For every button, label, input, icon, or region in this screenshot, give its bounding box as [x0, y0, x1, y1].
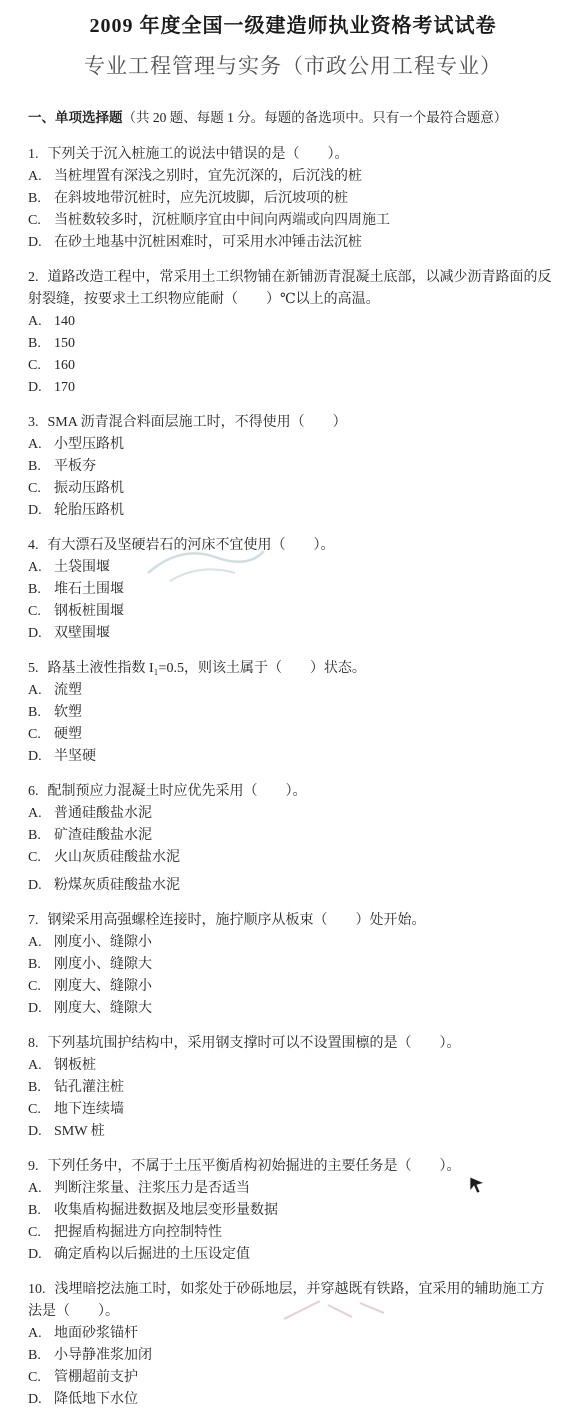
option-text: 平板夯: [54, 459, 96, 474]
option-text: 半坚硬: [54, 749, 96, 764]
option-row: B.软塑: [28, 702, 558, 724]
option-row: A.140: [28, 311, 558, 333]
option-row: D.刚度大、缝隙大: [28, 998, 558, 1020]
option-label: C.: [28, 478, 45, 500]
option-label: A.: [28, 1323, 45, 1345]
option-row: C.火山灰质硅酸盐水泥: [28, 847, 558, 869]
option-label: C.: [28, 1222, 45, 1244]
question-block-2: 2.道路改造工程中，常采用土工织物铺在新铺沥青混凝土底部，以减少沥青路面的反射裂…: [28, 267, 558, 399]
question-block-9: 9.下列任务中，不属于土压平衡盾构初始掘进的主要任务是（ ）。 A.判断注浆量、…: [28, 1156, 558, 1266]
option-row: C.硬塑: [28, 724, 558, 746]
option-label: B.: [28, 1345, 45, 1367]
option-label: B.: [28, 1200, 45, 1222]
option-row: B.在斜坡地带沉桩时，应先沉坡脚，后沉坡项的桩: [28, 188, 558, 210]
option-text: 当桩数较多时，沉桩顺序宜由中间向两端或向四周施工: [54, 213, 390, 228]
question-number: 7.: [28, 913, 39, 928]
question-number: 10.: [28, 1282, 46, 1297]
option-label: B.: [28, 333, 45, 355]
section-heading-rest: （共 20 题、每题 1 分。每题的备选项中。只有一个最符合题意）: [123, 110, 508, 125]
option-row: D.确定盾构以后掘进的土压设定值: [28, 1244, 558, 1266]
page-subtitle: 专业工程管理与实务（市政公用工程专业）: [28, 52, 558, 80]
option-text: 170: [54, 380, 75, 395]
question-text: 8.下列基坑围护结构中，采用钢支撑时可以不设置围檩的是（ ）。: [28, 1033, 558, 1055]
option-row: B.钻孔灌注桩: [28, 1077, 558, 1099]
option-text: 地面砂浆锚杆: [54, 1326, 138, 1341]
option-label: D.: [28, 377, 45, 399]
option-text: 把握盾构掘进方向控制特性: [54, 1225, 222, 1240]
question-number: 8.: [28, 1036, 39, 1051]
page-title: 2009 年度全国一级建造师执业资格考试试卷: [28, 12, 558, 40]
option-row: C.当桩数较多时，沉桩顺序宜由中间向两端或向四周施工: [28, 210, 558, 232]
option-text: 150: [54, 336, 75, 351]
option-row: A.判断注浆量、注浆压力是否适当: [28, 1178, 558, 1200]
option-label: D.: [28, 500, 45, 522]
option-text: 钻孔灌注桩: [54, 1080, 124, 1095]
option-row: C.振动压路机: [28, 478, 558, 500]
section-heading-bold: 一、单项选择题: [28, 110, 123, 125]
option-row: D.170: [28, 377, 558, 399]
question-text: 3.SMA 沥青混合料面层施工时，不得使用（ ）: [28, 412, 558, 434]
question-block-3: 3.SMA 沥青混合料面层施工时，不得使用（ ） A.小型压路机 B.平板夯 C…: [28, 412, 558, 522]
option-row: B.堆石土围堰: [28, 579, 558, 601]
option-text: 刚度大、缝隙小: [54, 979, 152, 994]
option-text: 土袋围堰: [54, 560, 110, 575]
option-label: C.: [28, 724, 45, 746]
option-label: C.: [28, 1367, 45, 1389]
option-row: C.管棚超前支护: [28, 1367, 558, 1389]
option-label: C.: [28, 847, 45, 869]
question-number: 9.: [28, 1159, 39, 1174]
option-label: D.: [28, 232, 45, 254]
option-label: C.: [28, 976, 45, 998]
option-row: B.收集盾构掘进数据及地层变形量数据: [28, 1200, 558, 1222]
option-label: C.: [28, 601, 45, 623]
option-label: D.: [28, 875, 45, 897]
question-number: 3.: [28, 415, 39, 430]
question-block-5: 5.路基土液性指数 I₁=0.5，则该土属于（ ）状态。 A.流塑 B.软塑 C…: [28, 658, 558, 768]
option-text: 收集盾构掘进数据及地层变形量数据: [54, 1203, 278, 1218]
question-number: 2.: [28, 270, 39, 285]
option-row: D.粉煤灰质硅酸盐水泥: [28, 875, 558, 897]
option-text: 粉煤灰质硅酸盐水泥: [54, 878, 180, 893]
option-label: D.: [28, 623, 45, 645]
option-label: D.: [28, 1389, 45, 1411]
option-label: D.: [28, 998, 45, 1020]
option-row: A.钢板桩: [28, 1055, 558, 1077]
question-number: 6.: [28, 784, 39, 799]
question-text: 6.配制预应力混凝土时应优先采用（ ）。: [28, 781, 558, 803]
option-row: B.矿渣硅酸盐水泥: [28, 825, 558, 847]
option-row: B.平板夯: [28, 456, 558, 478]
option-text: 在斜坡地带沉桩时，应先沉坡脚，后沉坡项的桩: [54, 191, 348, 206]
question-text: 5.路基土液性指数 I₁=0.5，则该土属于（ ）状态。: [28, 658, 558, 680]
option-row: D.双壁围堰: [28, 623, 558, 645]
question-text: 1.下列关于沉入桩施工的说法中错误的是（ ）。: [28, 144, 558, 166]
option-text: SMW 桩: [54, 1124, 105, 1139]
option-row: D.在砂土地基中沉桩困难时，可采用水冲锤击法沉桩: [28, 232, 558, 254]
option-label: D.: [28, 1121, 45, 1143]
question-body: 道路改造工程中，常采用土工织物铺在新铺沥青混凝土底部，以减少沥青路面的反射裂缝，…: [28, 270, 552, 307]
option-row: C.地下连续墙: [28, 1099, 558, 1121]
option-row: D.SMW 桩: [28, 1121, 558, 1143]
option-text: 刚度大、缝隙大: [54, 1001, 152, 1016]
question-text: 2.道路改造工程中，常采用土工织物铺在新铺沥青混凝土底部，以减少沥青路面的反射裂…: [28, 267, 558, 311]
question-text: 10.浅埋暗挖法施工时，如浆处于砂砾地层，并穿越既有铁路，宜采用的辅助施工方法是…: [28, 1279, 558, 1323]
option-label: A.: [28, 932, 45, 954]
option-row: B.刚度小、缝隙大: [28, 954, 558, 976]
option-text: 钢板桩: [54, 1058, 96, 1073]
question-number: 1.: [28, 147, 39, 162]
option-text: 160: [54, 358, 75, 373]
option-label: B.: [28, 456, 45, 478]
option-row: A.刚度小、缝隙小: [28, 932, 558, 954]
option-row: A.地面砂浆锚杆: [28, 1323, 558, 1345]
option-label: A.: [28, 680, 45, 702]
option-label: A.: [28, 434, 45, 456]
option-text: 判断注浆量、注浆压力是否适当: [54, 1181, 250, 1196]
question-body: 配制预应力混凝土时应优先采用（ ）。: [48, 784, 307, 799]
option-label: A.: [28, 1178, 45, 1200]
option-text: 双壁围堰: [54, 626, 110, 641]
question-body: 下列关于沉入桩施工的说法中错误的是（ ）。: [48, 147, 349, 162]
option-text: 振动压路机: [54, 481, 124, 496]
option-row: B.150: [28, 333, 558, 355]
question-text: 4.有大漂石及坚硬岩石的河床不宜使用（ ）。: [28, 535, 558, 557]
option-row: C.刚度大、缝隙小: [28, 976, 558, 998]
option-row: D.降低地下水位: [28, 1389, 558, 1411]
question-block-4: 4.有大漂石及坚硬岩石的河床不宜使用（ ）。 A.土袋围堰 B.堆石土围堰 C.…: [28, 535, 558, 645]
section-heading: 一、单项选择题（共 20 题、每题 1 分。每题的备选项中。只有一个最符合题意）: [28, 108, 558, 128]
option-row: A.土袋围堰: [28, 557, 558, 579]
option-text: 刚度小、缝隙大: [54, 957, 152, 972]
option-text: 软塑: [54, 705, 82, 720]
option-row: A.小型压路机: [28, 434, 558, 456]
option-row: A.流塑: [28, 680, 558, 702]
option-label: C.: [28, 210, 45, 232]
question-body: 下列任务中，不属于土压平衡盾构初始掘进的主要任务是（ ）。: [48, 1159, 461, 1174]
question-block-1: 1.下列关于沉入桩施工的说法中错误的是（ ）。 A.当桩埋置有深浅之别时，宜先沉…: [28, 144, 558, 254]
option-text: 刚度小、缝隙小: [54, 935, 152, 950]
option-row: A.普通硅酸盐水泥: [28, 803, 558, 825]
question-block-6: 6.配制预应力混凝土时应优先采用（ ）。 A.普通硅酸盐水泥 B.矿渣硅酸盐水泥…: [28, 781, 558, 897]
option-label: B.: [28, 702, 45, 724]
scanned-exam-page: 2009 年度全国一级建造师执业资格考试试卷 专业工程管理与实务（市政公用工程专…: [0, 0, 580, 1427]
option-text: 管棚超前支护: [54, 1370, 138, 1385]
option-text: 地下连续墙: [54, 1102, 124, 1117]
option-row: B.小导静准浆加闭: [28, 1345, 558, 1367]
question-body: 下列基坑围护结构中，采用钢支撑时可以不设置围檩的是（ ）。: [48, 1036, 461, 1051]
option-label: A.: [28, 1055, 45, 1077]
option-text: 小导静准浆加闭: [54, 1348, 152, 1363]
option-text: 火山灰质硅酸盐水泥: [54, 850, 180, 865]
question-number: 4.: [28, 538, 39, 553]
option-label: D.: [28, 1244, 45, 1266]
option-row: D.半坚硬: [28, 746, 558, 768]
option-label: A.: [28, 803, 45, 825]
option-row: C.把握盾构掘进方向控制特性: [28, 1222, 558, 1244]
option-text: 流塑: [54, 683, 82, 698]
option-label: C.: [28, 1099, 45, 1121]
question-body: 钢梁采用高强螺栓连接时，施拧顺序从板束（ ）处开始。: [48, 913, 426, 928]
option-label: C.: [28, 355, 45, 377]
question-body: 有大漂石及坚硬岩石的河床不宜使用（ ）。: [48, 538, 335, 553]
option-label: B.: [28, 954, 45, 976]
option-label: A.: [28, 166, 45, 188]
option-text: 矿渣硅酸盐水泥: [54, 828, 152, 843]
option-text: 堆石土围堰: [54, 582, 124, 597]
option-label: B.: [28, 579, 45, 601]
option-row: C.钢板桩围堰: [28, 601, 558, 623]
question-text: 9.下列任务中，不属于土压平衡盾构初始掘进的主要任务是（ ）。: [28, 1156, 558, 1178]
option-text: 小型压路机: [54, 437, 124, 452]
option-label: B.: [28, 188, 45, 210]
option-label: D.: [28, 746, 45, 768]
option-row: D.轮胎压路机: [28, 500, 558, 522]
option-row: C.160: [28, 355, 558, 377]
question-block-8: 8.下列基坑围护结构中，采用钢支撑时可以不设置围檩的是（ ）。 A.钢板桩 B.…: [28, 1033, 558, 1143]
option-text: 钢板桩围堰: [54, 604, 124, 619]
option-text: 140: [54, 314, 75, 329]
option-label: A.: [28, 311, 45, 333]
option-text: 硬塑: [54, 727, 82, 742]
question-body: SMA 沥青混合料面层施工时，不得使用（ ）: [48, 415, 347, 430]
question-block-10: 10.浅埋暗挖法施工时，如浆处于砂砾地层，并穿越既有铁路，宜采用的辅助施工方法是…: [28, 1279, 558, 1411]
question-body: 路基土液性指数 I₁=0.5，则该土属于（ ）状态。: [48, 661, 366, 676]
option-text: 普通硅酸盐水泥: [54, 806, 152, 821]
option-text: 当桩埋置有深浅之别时，宜先沉深的，后沉浅的桩: [54, 169, 362, 184]
option-text: 轮胎压路机: [54, 503, 124, 518]
question-block-7: 7.钢梁采用高强螺栓连接时，施拧顺序从板束（ ）处开始。 A.刚度小、缝隙小 B…: [28, 910, 558, 1020]
option-text: 在砂土地基中沉桩困难时，可采用水冲锤击法沉桩: [54, 235, 362, 250]
question-number: 5.: [28, 661, 39, 676]
option-label: B.: [28, 1077, 45, 1099]
question-body: 浅埋暗挖法施工时，如浆处于砂砾地层，并穿越既有铁路，宜采用的辅助施工方法是（ ）…: [28, 1282, 545, 1319]
option-label: B.: [28, 825, 45, 847]
option-row: A.当桩埋置有深浅之别时，宜先沉深的，后沉浅的桩: [28, 166, 558, 188]
option-label: A.: [28, 557, 45, 579]
question-text: 7.钢梁采用高强螺栓连接时，施拧顺序从板束（ ）处开始。: [28, 910, 558, 932]
option-text: 确定盾构以后掘进的土压设定值: [54, 1247, 250, 1262]
option-text: 降低地下水位: [54, 1392, 138, 1407]
